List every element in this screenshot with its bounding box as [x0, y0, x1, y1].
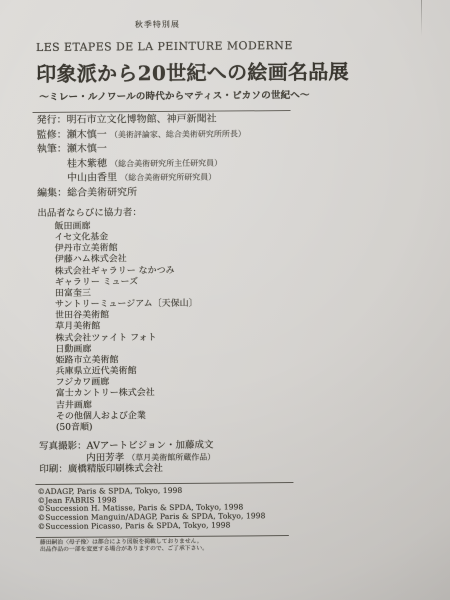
- credits-block: 発行：明石市立文化博物館、神戸新聞社 監修：瀬木慎一 （美術評論家、総合美術研究…: [37, 112, 247, 201]
- book-colophon-page-photo: 秋季特別展 LES ETAPES DE LA PEINTURE MODERNE …: [0, 0, 450, 600]
- credit-value: 内田芳孝: [86, 452, 124, 463]
- photography-row: 内田芳孝 （草月美術館所蔵作品）: [39, 451, 215, 464]
- credit-value: 瀬木慎一: [67, 144, 107, 155]
- credit-note: （総合美術研究所主任研究員）: [110, 158, 222, 168]
- supervisor-row: 監修：瀬木慎一 （美術評論家、総合美術研究所所長）: [37, 127, 246, 143]
- divider-bottom: [36, 535, 289, 538]
- editor-row: 編集：総合美術研究所: [37, 185, 246, 201]
- notes-block: 藤田嗣治〈母子像〉は都合により図版を掲載しておりません。 出品作品の一部を変更す…: [40, 539, 208, 555]
- page-content: 秋季特別展 LES ETAPES DE LA PEINTURE MODERNE …: [0, 0, 450, 600]
- exhibition-subtitle: ～ミレー・ルノワールの時代からマティス・ピカソの世紀へ～: [39, 87, 309, 103]
- credit-value: 明石市立文化博物館、神戸新聞社: [67, 114, 217, 126]
- credit-label: 写真撮影：: [39, 441, 87, 452]
- credit-value: 総合美術研究所: [67, 187, 137, 199]
- production-block: 写真撮影：AVアートビジョン・加藤成文 内田芳孝 （草月美術館所蔵作品） 印刷：…: [39, 440, 215, 476]
- credit-note: （総合美術研究所研究員）: [120, 173, 216, 183]
- credit-value: 瀬木慎一: [67, 129, 107, 140]
- publisher-row: 発行：明石市立文化博物館、神戸新聞社: [37, 112, 246, 128]
- divider-middle: [35, 482, 293, 485]
- contributors-heading: 出品者ならびに協力者：: [37, 204, 142, 219]
- credit-note: （草月美術館所蔵作品）: [127, 452, 215, 462]
- page-title: 印象派から20世紀への絵画名品展: [36, 56, 349, 87]
- credit-label: 編集：: [37, 188, 67, 199]
- contributors-list: 飯田画廊 イセ文化基金 伊丹市立美術館 伊藤ハム株式会社 株式会社ギャラリー な…: [54, 221, 198, 434]
- order-note: (50音順): [56, 422, 199, 434]
- credit-label: 監修：: [37, 129, 67, 140]
- credit-label: 執筆：: [37, 144, 67, 155]
- page-edge-line: [421, 0, 422, 36]
- credit-label: 印刷：: [39, 464, 68, 475]
- french-title: LES ETAPES DE LA PEINTURE MODERNE: [36, 39, 293, 54]
- exhibition-type-label: 秋季特別展: [135, 19, 180, 30]
- list-item: サントリーミュージアム〔天保山〕: [55, 299, 198, 311]
- credit-value: 桂木紫穂: [67, 158, 107, 169]
- credit-value: AVアートビジョン・加藤成文: [87, 440, 214, 452]
- author-row: 執筆：瀬木慎一: [37, 142, 246, 158]
- copyright-line: ©Succession Picasso, Paris & SPDA, Tokyo…: [38, 521, 266, 531]
- copyright-block: ©ADAGP, Paris & SPDA, Tokyo, 1998 ©Jean …: [37, 486, 265, 531]
- credit-value: 中山由香里: [67, 173, 117, 184]
- author-row: 桂木紫穂 （総合美術研究所主任研究員）: [37, 156, 246, 172]
- photography-row: 写真撮影：AVアートビジョン・加藤成文: [39, 440, 215, 453]
- credit-note: （美術評論家、総合美術研究所所長）: [110, 129, 246, 139]
- credit-label: 発行：: [37, 115, 67, 126]
- author-row: 中山由香里 （総合美術研究所研究員）: [37, 171, 246, 187]
- credit-value: 廣橋精版印刷株式会社: [68, 463, 163, 475]
- printer-row: 印刷：廣橋精版印刷株式会社: [39, 463, 215, 476]
- note-line: 出品作品の一部を変更する場合がありますので、ご了承下さい。: [40, 546, 208, 555]
